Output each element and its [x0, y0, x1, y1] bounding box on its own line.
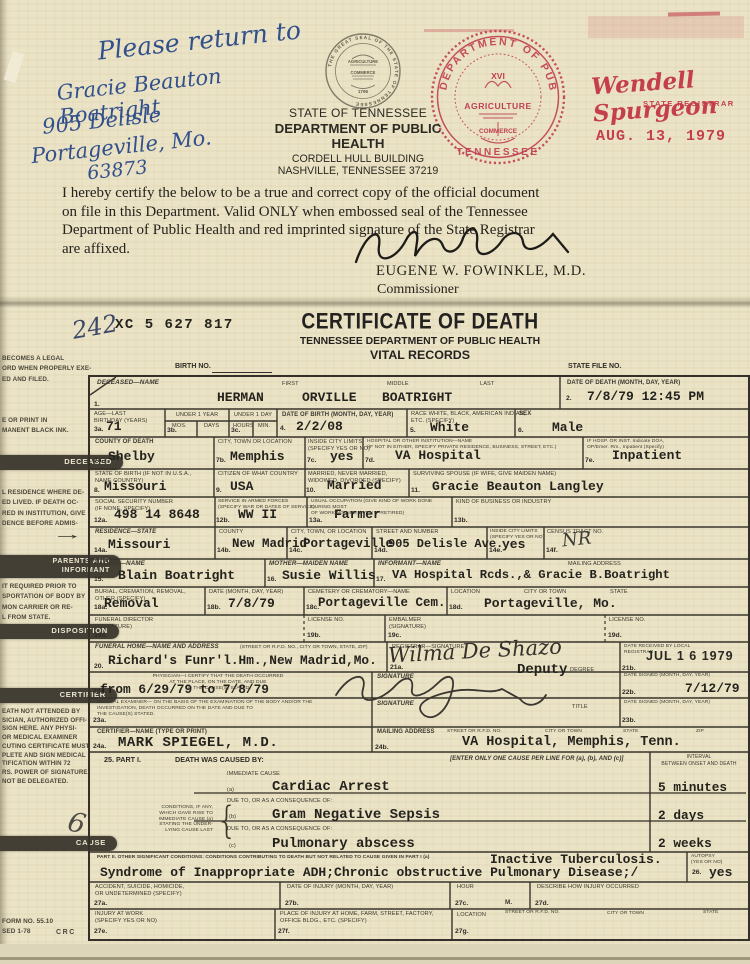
certificate-title: CERTIFICATE OF DEATH — [257, 310, 583, 335]
residence-state-label: RESIDENCE—STATE — [95, 529, 156, 536]
field-number: 27f. — [278, 928, 290, 935]
interval-c-value: 2 weeks — [658, 836, 712, 851]
citizen-value: USA — [230, 479, 253, 494]
document-number: XC 5 627 817 — [115, 317, 234, 333]
injury-street-label: STREET OR R.F.D. NO. — [505, 910, 560, 916]
birth-no-underline — [212, 372, 272, 373]
bottom-scan-band — [0, 944, 750, 964]
surviving-spouse-label: SURVIVING SPOUSE (IF WIFE, GIVE MAIDEN N… — [413, 471, 556, 478]
red-seal-xvi: XVI — [491, 71, 505, 81]
bottom-edge-line — [0, 957, 750, 960]
cause-a-value: Cardiac Arrest — [272, 779, 390, 795]
field-number: 11. — [411, 487, 420, 494]
cemetery-city-label: CITY OR TOWN — [524, 589, 566, 596]
cause-c-value: Pulmonary abscess — [272, 836, 415, 852]
field-number: 27e. — [94, 928, 107, 935]
scanned-death-certificate: Please return to Gracie Beauton Boatrigh… — [0, 0, 750, 964]
days-label: DAYS — [204, 423, 219, 430]
cemetery-value: Portageville Cem. — [318, 596, 446, 610]
examiner-date-signed-label: DATE SIGNED (MONTH, DAY, YEAR) — [624, 700, 739, 706]
certificate-form: DECEASED—NAME FIRST MIDDLE LAST 1. HERMA… — [88, 375, 750, 941]
field-number: 14f. — [546, 547, 558, 554]
field-number: 23b. — [622, 717, 636, 724]
surviving-spouse-value: Gracie Beauton Langley — [432, 479, 604, 494]
interval-header: INTERVAL BETWEEN ONSET AND DEATH — [652, 754, 746, 767]
part1-label: DEATH WAS CAUSED BY: — [175, 755, 264, 764]
commissioner-title: Commissioner — [377, 282, 459, 298]
funeral-director-label: FUNERAL DIRECTOR (SIGNATURE) — [95, 617, 153, 630]
part2-condition-2: Syndrome of Inappropriate ADH;Chronic ob… — [100, 865, 638, 880]
informant-value: VA Hospital Rcds.,& Gracie B.Boatright — [392, 568, 670, 582]
residence-state-value: Missouri — [108, 537, 170, 552]
field-number: 14b. — [217, 547, 231, 554]
inside-city-limits-value: yes — [330, 449, 353, 464]
date-of-birth-label: DATE OF BIRTH (MONTH, DAY, YEAR) — [282, 412, 393, 419]
field-number: 14d. — [374, 547, 388, 554]
funeral-home-label: FUNERAL HOME—NAME AND ADDRESS — [95, 644, 219, 651]
field-number: 7d. — [365, 457, 375, 464]
fold-crease — [0, 296, 750, 308]
margin-note-residence: L RESIDENCE WHERE DE- ED LIVED. IF DEATH… — [2, 488, 86, 530]
industry-label: KIND OF BUSINESS OR INDUSTRY — [456, 499, 551, 506]
mother-name-value: Susie Willis — [282, 568, 376, 583]
certifier-city-label: CITY OR TOWN — [545, 729, 582, 735]
state-registrar-signature: Wendell Spurgeon — [590, 63, 750, 128]
date-received-stamp: JUL 1 6 1979 — [646, 649, 734, 663]
field-number: 27c. — [455, 900, 468, 907]
citizen-label: CITIZEN OF WHAT COUNTRY — [218, 471, 298, 478]
hour-m-label: M. — [505, 900, 512, 907]
census-tract-value: NR — [561, 528, 592, 552]
sex-label: SEX — [519, 411, 531, 418]
field-number: 14c. — [289, 547, 302, 554]
org-city: NASHVILLE, TENNESSEE 37219 — [247, 165, 469, 177]
autopsy-value: yes — [709, 865, 732, 880]
injury-at-work-label: INJURY AT WORK (SPECIFY YES OR NO) — [95, 911, 157, 924]
burial-removal-value: Removal — [104, 596, 159, 611]
physician-date-signed-label: DATE SIGNED (MONTH, DAY, YEAR) — [624, 673, 739, 679]
age-value: 71 — [106, 419, 122, 434]
min-label: MIN. — [258, 423, 270, 430]
immediate-cause-label: IMMEDIATE CAUSE — [227, 771, 280, 778]
hour-label: HOUR — [457, 884, 474, 891]
left-edge-shadow — [0, 0, 9, 964]
commissioner-name: EUGENE W. FOWINKLE, M.D. — [376, 263, 586, 280]
street-number-value: 905 Delisle Ave. — [388, 537, 503, 551]
birth-no-label: BIRTH NO. — [175, 363, 211, 370]
race-value: White — [430, 420, 469, 435]
under-1-day-label: UNDER 1 DAY — [230, 412, 276, 419]
margin-note-legal: BECOMES A LEGAL ORD WHEN PROPERLY EXE- E… — [2, 354, 91, 385]
field-number: 7c. — [307, 457, 316, 464]
field-number: 18d. — [449, 604, 463, 611]
first-col-label: FIRST — [282, 381, 299, 388]
physician-date-signed-value: 7/12/79 — [685, 681, 740, 696]
certifier-state-label: STATE — [623, 729, 639, 735]
field-number: 8. — [94, 487, 100, 494]
embalmer-label: EMBALMER (SIGNATURE) — [389, 617, 426, 630]
field-number: 27g. — [455, 928, 469, 935]
deceased-last-name: BOATRIGHT — [382, 390, 452, 405]
tennessee-great-seal-icon: THE GREAT SEAL OF THE STATE OF TENNESSEE… — [322, 29, 404, 115]
field-number: 9. — [216, 487, 222, 494]
ssn-value: 498 14 8648 — [114, 507, 200, 522]
margin-note-transit: IT REQUIRED PRIOR TO SPORTATION OF BODY … — [2, 582, 85, 624]
funeral-home-sublabel: (STREET OR R.F.D. NO., CITY OR TOWN, STA… — [240, 645, 368, 651]
deceased-middle-name: ORVILLE — [302, 390, 357, 405]
field-number: 10. — [306, 487, 315, 494]
gray-seal-year: 1796 — [358, 89, 369, 94]
injury-city-label: CITY OR TOWN — [607, 911, 644, 917]
margin-note-certifier: EATH NOT ATTENDED BY SICIAN, AUTHORIZED … — [2, 708, 89, 786]
certifier-street-label: STREET OR R.F.D. NO. — [447, 729, 502, 735]
injury-date-label: DATE OF INJURY (MONTH, DAY, YEAR) — [287, 884, 393, 891]
hospital-status-value: Inpatient — [612, 448, 682, 463]
father-name-value: Blain Boatright — [118, 568, 235, 583]
last-col-label: LAST — [480, 381, 494, 388]
field-number: 19d. — [608, 632, 622, 639]
field-number: 13a. — [309, 517, 322, 524]
field-number: 13b. — [454, 517, 468, 524]
field-number: 2. — [566, 395, 572, 402]
field-number: 12a. — [94, 517, 107, 524]
conditions-note: CONDITIONS, IF ANY, WHICH GAVE RISE TO I… — [157, 805, 213, 834]
field-number: 12b. — [216, 517, 230, 524]
certifier-name-value: MARK SPIEGEL, M.D. — [118, 735, 278, 751]
part1-note: [ENTER ONLY ONE CAUSE PER LINE FOR (a), … — [450, 756, 624, 763]
residence-county-label: COUNTY — [219, 529, 243, 536]
cause-a-tag: (a) — [227, 787, 234, 794]
cemetery-location-value: Portageville, Mo. — [484, 596, 617, 611]
sex-value: Male — [552, 420, 583, 435]
field-number: 19a. — [94, 632, 107, 639]
field-number: 24a. — [93, 743, 106, 750]
margin-arrow-icon: → — [52, 526, 84, 543]
occupation-label: USUAL OCCUPATION (GIVE KIND OF WORK DONE… — [311, 499, 451, 516]
field-number: 14a. — [94, 547, 107, 554]
burial-date-label: DATE (MONTH, DAY, YEAR) — [209, 589, 283, 596]
autopsy-label: AUTOPSY (YES OR NO) — [691, 854, 745, 866]
field-number: 3a. — [94, 426, 103, 433]
due-to-label: DUE TO, OR AS A CONSEQUENCE OF: — [227, 826, 332, 833]
attended-dates-value: from 6/29/79 to 7/8/79 — [100, 682, 269, 697]
informant-label: INFORMANT—NAME — [378, 561, 441, 568]
red-seal-commerce: COMMERCE — [479, 128, 518, 135]
injury-state-label: STATE — [703, 910, 719, 916]
occupation-value: Farmer — [334, 507, 381, 522]
certifier-address-value: VA Hospital, Memphis, Tenn. — [462, 735, 681, 750]
field-number: 6. — [518, 427, 524, 434]
gray-seal-agriculture: AGRICULTURE — [348, 59, 378, 64]
field-number: 21b. — [622, 665, 636, 672]
conditions-bracket: { — [216, 799, 238, 843]
margin-note-ink: E OR PRINT IN MANENT BLACK INK. — [2, 416, 69, 437]
field-number: 23a. — [93, 717, 106, 724]
field-number: 14e. — [489, 547, 502, 554]
field-number: 20. — [94, 663, 103, 670]
gray-seal-commerce: COMMERCE — [351, 70, 376, 75]
field-number: 4. — [280, 425, 286, 432]
cemetery-state-label: STATE — [610, 589, 628, 596]
cause-b-value: Gram Negative Sepsis — [272, 807, 440, 823]
field-number: 5. — [410, 427, 416, 434]
field-number: 1. — [94, 401, 100, 408]
city-of-death-label: CITY, TOWN OR LOCATION — [218, 439, 292, 446]
field-number: 27b. — [285, 900, 299, 907]
under-1-year-label: UNDER 1 YEAR — [167, 412, 227, 419]
red-seal-agriculture: AGRICULTURE — [464, 101, 531, 111]
crc-mark: CRC — [56, 928, 76, 938]
state-of-birth-value: Missouri — [104, 479, 166, 494]
mother-label: MOTHER—MAIDEN NAME — [269, 561, 348, 568]
middle-col-label: MIDDLE — [387, 381, 409, 388]
deceased-name-label: DECEASED—NAME — [97, 380, 159, 387]
marital-status-value: Married — [327, 478, 382, 493]
burial-date-value: 7/8/79 — [228, 596, 275, 611]
field-number: 27d. — [535, 900, 549, 907]
place-of-injury-label: PLACE OF INJURY AT HOME, FARM, STREET, F… — [280, 911, 434, 924]
interval-a-value: 5 minutes — [658, 780, 727, 795]
hospital-value: VA Hospital — [395, 448, 481, 463]
red-smear — [588, 16, 744, 38]
county-of-death-label: COUNTY OF DEATH — [95, 439, 154, 446]
date-of-birth-value: 2/2/08 — [296, 419, 343, 434]
field-number: 26. — [692, 869, 701, 876]
field-number: 18b. — [207, 604, 221, 611]
field-number: 24b. — [375, 744, 389, 751]
city-of-death-value: Memphis — [230, 449, 285, 464]
how-injury-label: DESCRIBE HOW INJURY OCCURRED — [537, 884, 639, 891]
certifier-mailing-label: MAILING ADDRESS — [377, 729, 435, 736]
medical-examiner-label: MEDICAL EXAMINER— ON THE BASIS OF THE EX… — [97, 700, 347, 717]
street-number-label: STREET AND NUMBER — [376, 529, 439, 536]
field-number: 7a. — [94, 457, 103, 464]
informant-mailing-label: MAILING ADDRESS — [568, 561, 621, 568]
injury-location-label: LOCATION — [457, 912, 486, 919]
field-number: 19c. — [388, 632, 401, 639]
form-number-footer: FORM NO. 55.10 SED 1-78 — [2, 917, 53, 937]
org-dept: DEPARTMENT OF PUBLIC HEALTH — [247, 121, 469, 151]
org-building: CORDELL HULL BUILDING — [247, 153, 469, 165]
date-of-death-value: 7/8/79 12:45 PM — [587, 389, 704, 404]
field-number: 16. — [267, 576, 276, 583]
received-date-stamp: AUG. 13, 1979 — [596, 128, 726, 145]
degree-label: DEGREE — [570, 667, 594, 674]
embalmer-license-label: LICENSE NO. — [609, 617, 646, 624]
interval-b-value: 2 days — [658, 808, 704, 823]
father-label: FATHER—NAME — [95, 561, 145, 568]
field-number: 3b. — [167, 427, 177, 434]
county-of-death-value: Shelby — [108, 449, 155, 464]
certificate-subtitle2: VITAL RECORDS — [250, 348, 590, 362]
residence-icl-value: yes — [502, 537, 525, 552]
org-state: STATE OF TENNESSEE — [247, 106, 469, 120]
cemetery-location-label: LOCATION — [451, 589, 480, 596]
handwritten-return-note: Please return to Gracie Beauton Boatrigh… — [11, 6, 309, 37]
certificate-title-block: CERTIFICATE OF DEATH TENNESSEE DEPARTMEN… — [250, 311, 590, 362]
examiner-signature-label: SIGNATURE — [377, 701, 414, 708]
field-number: 19b. — [307, 632, 321, 639]
due-to-label: DUE TO, OR AS A CONSEQUENCE OF: — [227, 798, 332, 805]
field-number: 27a. — [94, 900, 107, 907]
certifier-zip-label: ZIP — [696, 729, 704, 735]
certificate-subtitle1: TENNESSEE DEPARTMENT OF PUBLIC HEALTH — [250, 336, 590, 347]
fd-license-label: LICENSE NO. — [308, 617, 345, 624]
letterhead: STATE OF TENNESSEE DEPARTMENT OF PUBLIC … — [247, 106, 469, 177]
field-number: 15. — [94, 576, 103, 583]
field-number: 17. — [376, 576, 385, 583]
cemetery-label: CEMETERY OR CREMATORY—NAME — [308, 589, 410, 596]
examiner-title-label: TITLE — [572, 704, 588, 711]
field-number: 7e. — [585, 457, 594, 464]
armed-forces-value: WW II — [238, 507, 277, 522]
part1-number: 25. PART I. — [104, 755, 141, 764]
residence-city-label: CITY, TOWN, OR LOCATION — [291, 529, 367, 536]
margin-hand-number: 242 — [70, 309, 120, 345]
accident-suicide-label: ACCIDENT, SUICIDE, HOMICIDE, OR UNDETERM… — [95, 884, 184, 897]
deceased-first-name: HERMAN — [217, 390, 264, 405]
field-number: 3c. — [231, 427, 240, 434]
state-file-no-label: STATE FILE NO. — [568, 363, 621, 370]
physician-signature-icon — [330, 665, 565, 725]
field-number: 7b. — [216, 457, 226, 464]
cause-c-tag: (c) — [229, 843, 236, 850]
state-registrar-title: STATE REGISTRAR — [643, 99, 735, 108]
field-number: 22b. — [622, 689, 636, 696]
date-of-death-label: DATE OF DEATH (MONTH, DAY, YEAR) — [567, 380, 680, 387]
